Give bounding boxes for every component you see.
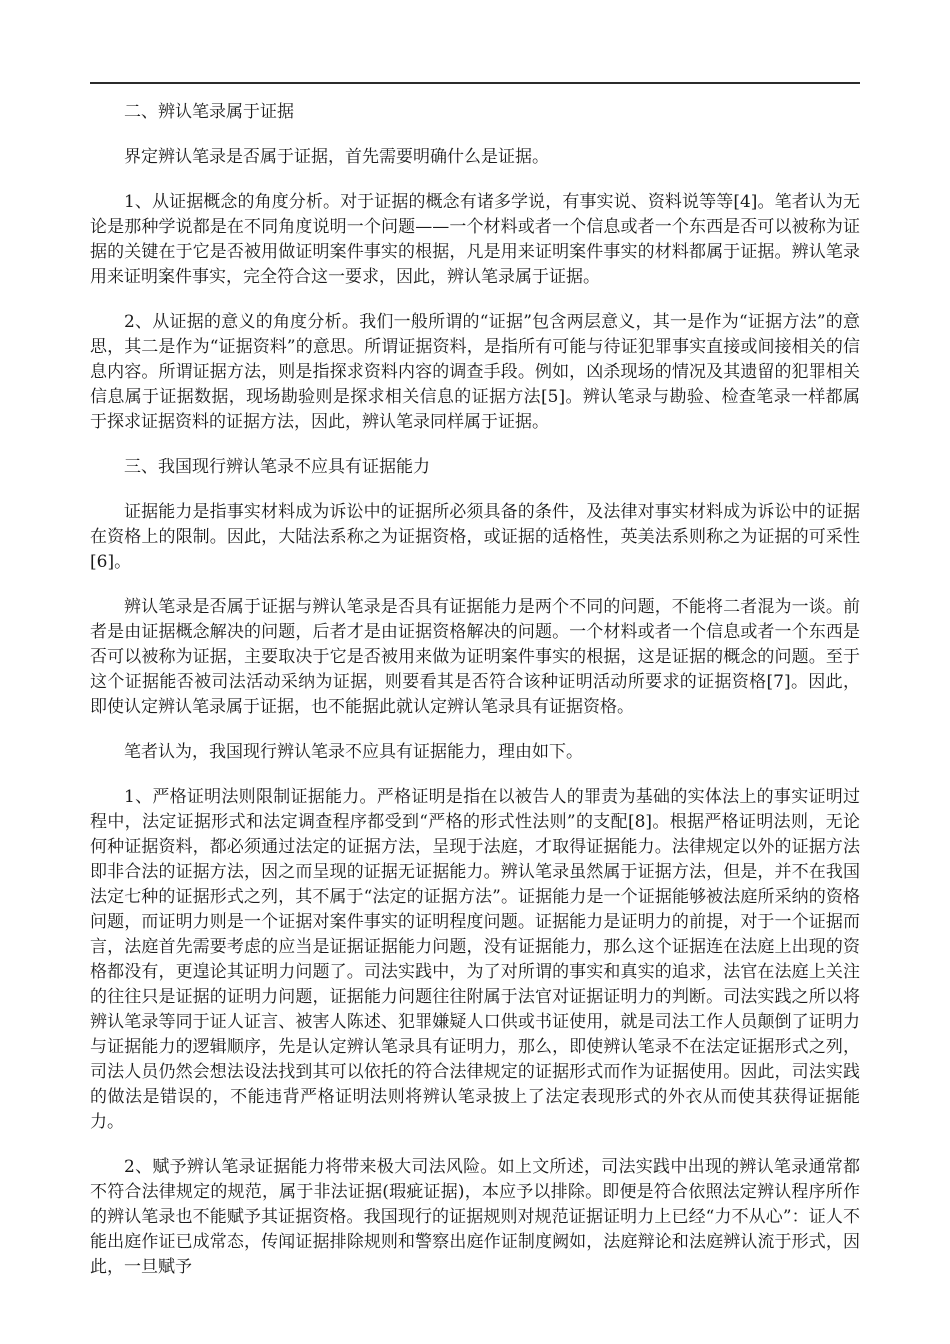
body-paragraph: 2、从证据的意义的角度分析。我们一般所谓的“证据”包含两层意义，其一是作为“证据… <box>90 310 860 435</box>
body-paragraph: 辨认笔录是否属于证据与辨认笔录是否具有证据能力是两个不同的问题，不能将二者混为一… <box>90 595 860 720</box>
header-divider-rule <box>90 82 860 84</box>
document-page: 二、辨认笔录属于证据 界定辨认笔录是否属于证据，首先需要明确什么是证据。 1、从… <box>0 0 950 1344</box>
body-paragraph: 1、从证据概念的角度分析。对于证据的概念有诸多学说，有事实说、资料说等等[4]。… <box>90 190 860 290</box>
body-paragraph: 证据能力是指事实材料成为诉讼中的证据所必须具备的条件，及法律对事实材料成为诉讼中… <box>90 500 860 575</box>
body-paragraph: 界定辨认笔录是否属于证据，首先需要明确什么是证据。 <box>90 145 860 170</box>
body-paragraph: 1、严格证明法则限制证据能力。严格证明是指在以被告人的罪责为基础的实体法上的事实… <box>90 785 860 1135</box>
body-paragraph: 2、赋予辨认笔录证据能力将带来极大司法风险。如上文所述，司法实践中出现的辨认笔录… <box>90 1155 860 1280</box>
body-paragraph: 笔者认为，我国现行辨认笔录不应具有证据能力，理由如下。 <box>90 740 860 765</box>
section-heading-3: 三、我国现行辨认笔录不应具有证据能力 <box>90 455 860 480</box>
section-heading-2: 二、辨认笔录属于证据 <box>90 100 860 125</box>
document-body: 二、辨认笔录属于证据 界定辨认笔录是否属于证据，首先需要明确什么是证据。 1、从… <box>90 100 860 1280</box>
